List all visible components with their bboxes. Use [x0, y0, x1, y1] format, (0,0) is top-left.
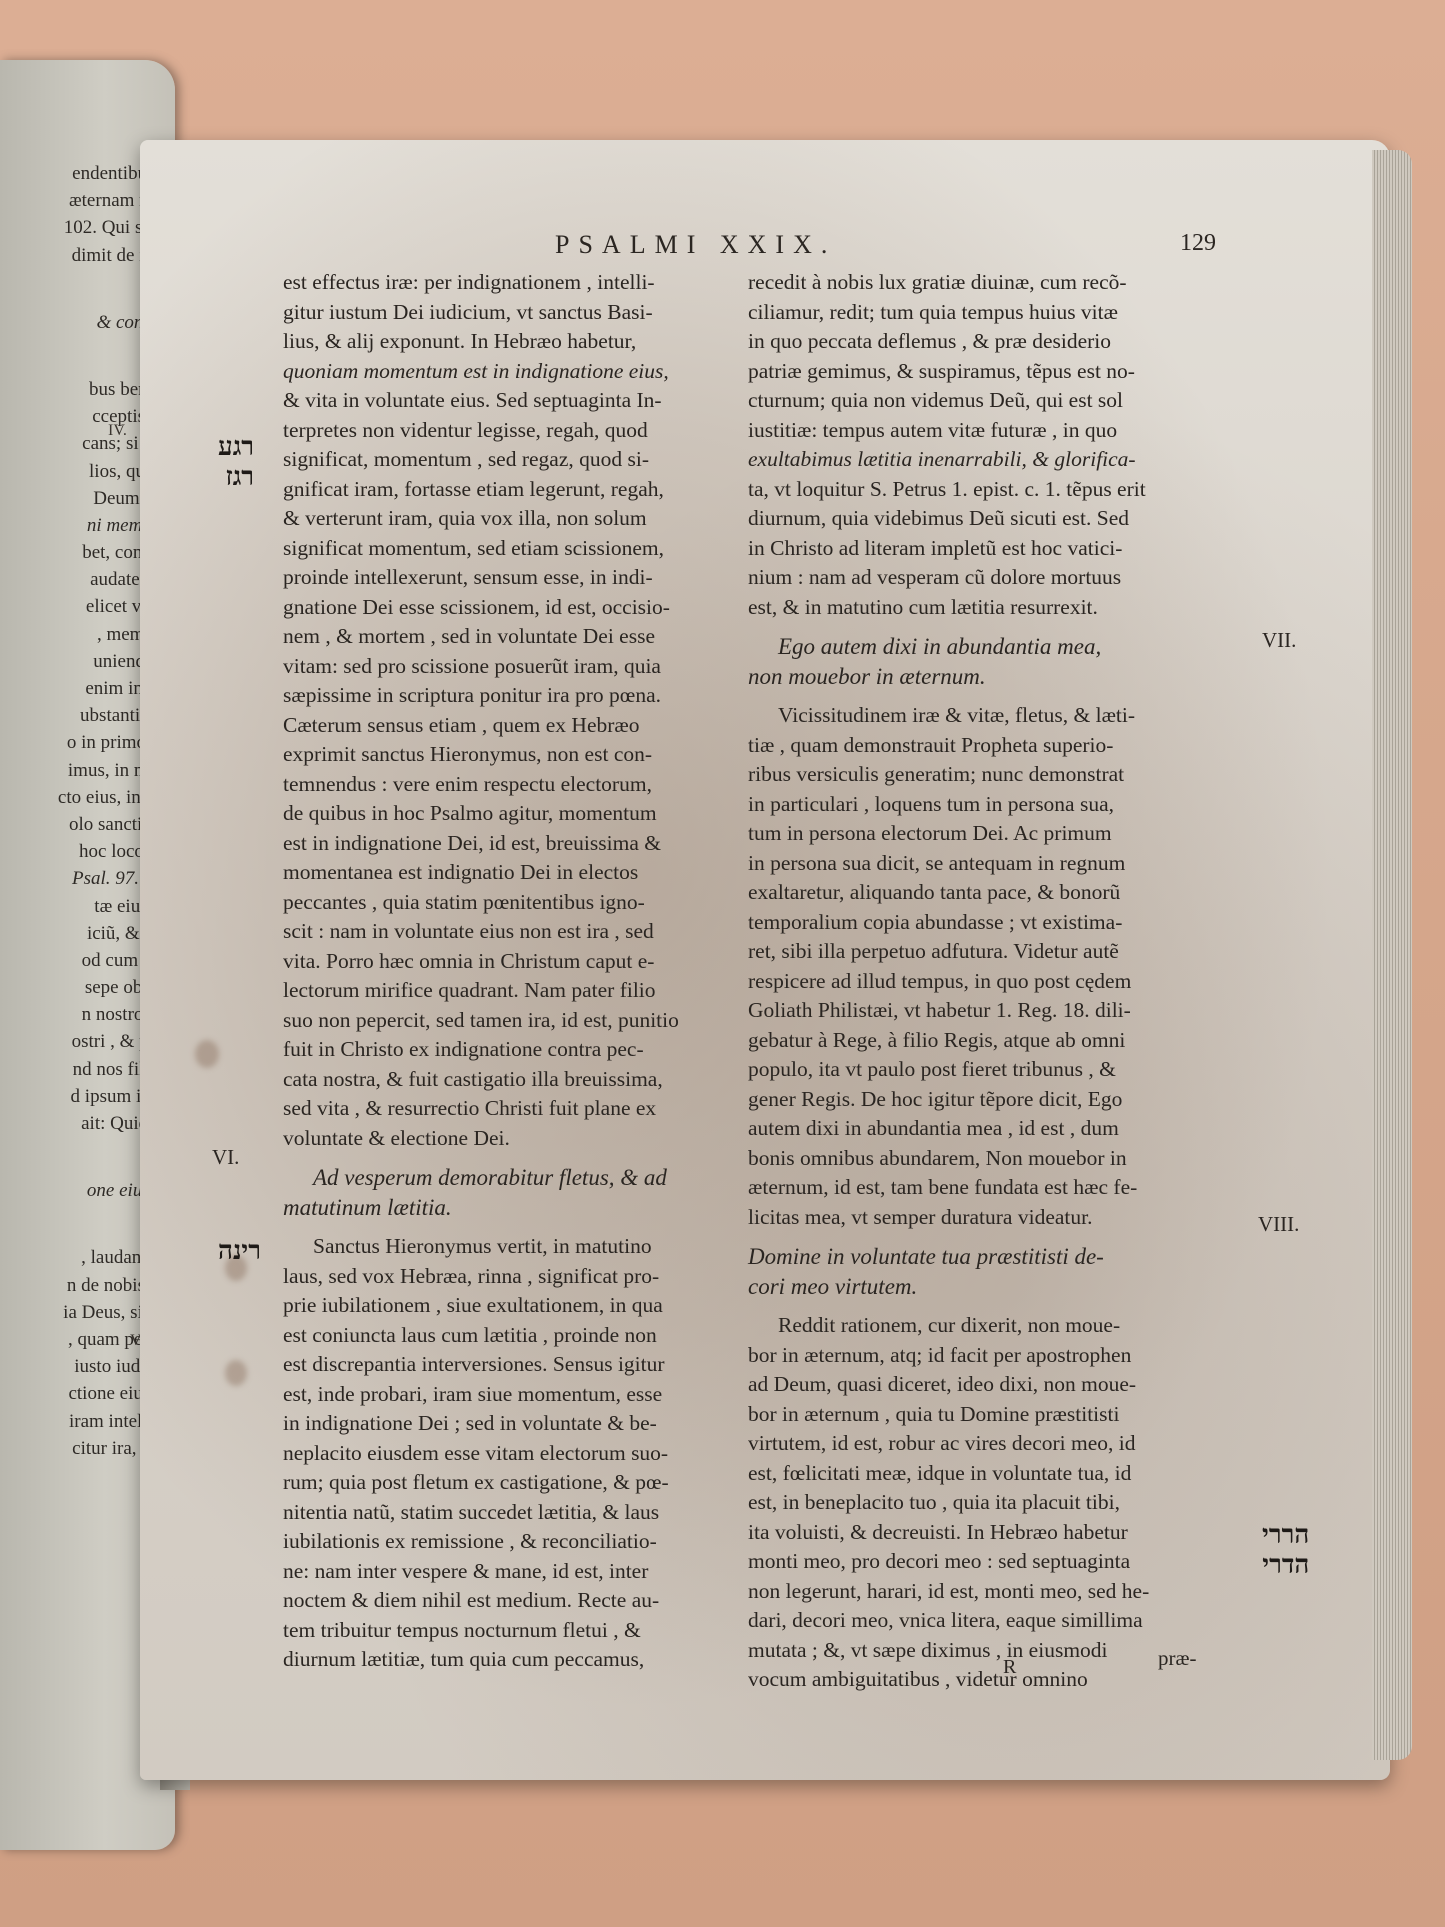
text-line: prie iubilationem , siue exultationem, i…	[283, 1291, 738, 1321]
text-line: est coniuncta laus cum lætitia , proinde…	[283, 1321, 738, 1351]
text-line: ret, sibi illa perpetuo adfutura. Videtu…	[748, 937, 1203, 967]
text-line: vitam: sed pro scissione posuerũt iram, …	[283, 652, 738, 682]
text-line: gnificat iram, fortasse etiam legerunt, …	[283, 475, 738, 505]
text-line: quoniam momentum est in indignatione eiu…	[283, 357, 738, 387]
verse-number-7: VII.	[1262, 628, 1296, 653]
text-line: mutata ; &, vt sæpe diximus , in eiusmod…	[748, 1636, 1203, 1666]
text-line: ciliamur, redit; tum quia tempus huius v…	[748, 298, 1203, 328]
text-line: Reddit rationem, cur dixerit, non moue-	[748, 1311, 1203, 1341]
hebrew-note-regah: רגע רגז	[218, 432, 254, 492]
text-line: gitur iustum Dei iudicium, vt sanctus Ba…	[283, 298, 738, 328]
text-line: recedit à nobis lux gratiæ diuinæ, cum r…	[748, 268, 1203, 298]
text-line: cata nostra, & fuit castigatio illa breu…	[283, 1065, 738, 1095]
text-line: ita voluisti, & decreuisti. In Hebræo ha…	[748, 1518, 1203, 1548]
text-line: & verterunt iram, quia vox illa, non sol…	[283, 504, 738, 534]
text-line: vita. Porro hæc omnia in Christum caput …	[283, 947, 738, 977]
verse-text: Ad vesperum demorabitur fletus, & ad	[283, 1163, 738, 1193]
text-line: est effectus iræ: per indignationem , in…	[283, 268, 738, 298]
right-text-column: recedit à nobis lux gratiæ diuinæ, cum r…	[748, 268, 1203, 1695]
text-line: proinde intellexerunt, sensum esse, in i…	[283, 563, 738, 593]
text-line: ad Deum, quasi diceret, ideo dixi, non m…	[748, 1370, 1203, 1400]
verse-text: non mouebor in æternum.	[748, 662, 1203, 692]
text-line: virtutem, id est, robur ac vires decori …	[748, 1429, 1203, 1459]
text-line: Vicissitudinem iræ & vitæ, fletus, & læt…	[748, 701, 1203, 731]
text-line: est, in beneplacito tuo , quia ita placu…	[748, 1488, 1203, 1518]
stain	[195, 1040, 219, 1068]
text-line: Sanctus Hieronymus vertit, in matutino	[283, 1232, 738, 1262]
text-line: tiæ , quam demonstrauit Propheta superio…	[748, 731, 1203, 761]
text-line: non legerunt, harari, id est, monti meo,…	[748, 1577, 1203, 1607]
text-line: gebatur à Rege, à filio Regis, atque ab …	[748, 1026, 1203, 1056]
text-line: nem , & mortem , sed in voluntate Dei es…	[283, 622, 738, 652]
text-line: & vita in voluntate eius. Sed septuagint…	[283, 386, 738, 416]
text-line: ne: nam inter vespere & mane, id est, in…	[283, 1557, 738, 1587]
text-line: exprimit sanctus Hieronymus, non est con…	[283, 740, 738, 770]
text-line: de quibus in hoc Psalmo agitur, momentum	[283, 799, 738, 829]
verse-text: cori meo virtutem.	[748, 1272, 1203, 1302]
text-line: cturnum; quia non videmus Deũ, qui est s…	[748, 386, 1203, 416]
text-line: monti meo, pro decori meo : sed septuagi…	[748, 1547, 1203, 1577]
left-text-column: est effectus iræ: per indignationem , in…	[283, 268, 738, 1675]
text-line: tem tribuitur tempus nocturnum fletui , …	[283, 1616, 738, 1646]
text-line: Goliath Philistæi, vt habetur 1. Reg. 18…	[748, 996, 1203, 1026]
text-line: diurnum lætitiæ, tum quia cum peccamus,	[283, 1645, 738, 1675]
text-line: æternum, id est, tam bene fundata est hæ…	[748, 1173, 1203, 1203]
text-line: iubilationis ex remissione , & reconcili…	[283, 1527, 738, 1557]
text-line: lius, & alij exponunt. In Hebræo habetur…	[283, 327, 738, 357]
text-line: est in indignatione Dei, id est, breuiss…	[283, 829, 738, 859]
hebrew-note-harari: הררי הדרי	[1262, 1520, 1309, 1580]
text-line: rum; quia post fletum ex castigatione, &…	[283, 1468, 738, 1498]
text-line: in Christo ad literam impletũ est hoc va…	[748, 534, 1203, 564]
page-number: 129	[1180, 230, 1216, 257]
text-line: in quo peccata deflemus , & præ desideri…	[748, 327, 1203, 357]
text-line: significat momentum, sed etiam scissione…	[283, 534, 738, 564]
text-line: peccantes , quia statim pœnitentibus ign…	[283, 888, 738, 918]
text-line: suo non pepercit, sed tamen ira, id est,…	[283, 1006, 738, 1036]
facing-verse-number: IV.	[108, 422, 127, 440]
text-line: bor in æternum , quia tu Domine præstiti…	[748, 1400, 1203, 1430]
verse-text: matutinum lætitia.	[283, 1193, 738, 1223]
text-line: significat, momentum , sed regaz, quod s…	[283, 445, 738, 475]
signature-mark: R	[1003, 1656, 1016, 1679]
text-line: diurnum, quia videbimus Deũ sicuti est. …	[748, 504, 1203, 534]
text-line: exultabimus lætitia inenarrabili, & glor…	[748, 445, 1203, 475]
text-line: voluntate & electione Dei.	[283, 1124, 738, 1154]
text-line: neplacito eiusdem esse vitam electorum s…	[283, 1439, 738, 1469]
text-line: ta, vt loquitur S. Petrus 1. epist. c. 1…	[748, 475, 1203, 505]
text-line: sed vita , & resurrectio Christi fuit pl…	[283, 1094, 738, 1124]
text-line: populo, ita vt paulo post fieret tribunu…	[748, 1055, 1203, 1085]
text-line: in particulari , loquens tum in persona …	[748, 790, 1203, 820]
text-line: gnatione Dei esse scissionem, id est, oc…	[283, 593, 738, 623]
text-line: momentanea est indignatio Dei in electos	[283, 858, 738, 888]
text-line: nium : nam ad vesperam cũ dolore mortuus	[748, 563, 1203, 593]
verse-number-6: VI.	[212, 1145, 239, 1170]
text-line: nitentia natũ, statim succedet lætitia, …	[283, 1498, 738, 1528]
text-line: terpretes non videntur legisse, regah, q…	[283, 416, 738, 446]
text-line: noctem & diem nihil est medium. Recte au…	[283, 1586, 738, 1616]
text-line: temporalium copia abundasse ; vt existim…	[748, 908, 1203, 938]
text-line: lectorum mirifice quadrant. Nam pater fi…	[283, 976, 738, 1006]
text-line: fuit in Christo ex indignatione contra p…	[283, 1035, 738, 1065]
text-line: in indignatione Dei ; sed in voluntate &…	[283, 1409, 738, 1439]
text-line: bor in æternum, atq; id facit per apostr…	[748, 1341, 1203, 1371]
text-line: est, fœlicitati meæ, idque in voluntate …	[748, 1459, 1203, 1489]
text-line: laus, sed vox Hebræa, rinna , significat…	[283, 1262, 738, 1292]
page-edges	[1372, 150, 1412, 1760]
text-line: temnendus : vere enim respectu electorum…	[283, 770, 738, 800]
text-line: exaltaretur, aliquando tanta pace, & bon…	[748, 878, 1203, 908]
verse-text: Ego autem dixi in abundantia mea,	[748, 632, 1203, 662]
text-line: dari, decori meo, vnica litera, eaque si…	[748, 1606, 1203, 1636]
stain	[225, 1360, 247, 1386]
text-line: sæpissime in scriptura ponitur ira pro p…	[283, 681, 738, 711]
text-line: est, & in matutino cum lætitia resurrexi…	[748, 593, 1203, 623]
text-line: iustitiæ: tempus autem vitæ futuræ , in …	[748, 416, 1203, 446]
hebrew-note-rinna: רינה	[218, 1236, 261, 1266]
text-line: in persona sua dicit, se antequam in reg…	[748, 849, 1203, 879]
verse-number-8: VIII.	[1258, 1212, 1299, 1237]
text-line: est, inde probari, iram siue momentum, e…	[283, 1380, 738, 1410]
text-line: autem dixi in abundantia mea , id est , …	[748, 1114, 1203, 1144]
text-line: scit : nam in voluntate eius non est ira…	[283, 917, 738, 947]
text-line: licitas mea, vt semper duratura videatur…	[748, 1203, 1203, 1233]
text-line: patriæ gemimus, & suspiramus, tẽpus est …	[748, 357, 1203, 387]
text-line: est discrepantia interversiones. Sensus …	[283, 1350, 738, 1380]
text-line: Cæterum sensus etiam , quem ex Hebræo	[283, 711, 738, 741]
text-line: bonis omnibus abundarem, Non mouebor in	[748, 1144, 1203, 1174]
text-line: gener Regis. De hoc igitur tẽpore dicit,…	[748, 1085, 1203, 1115]
catchword: præ-	[1158, 1646, 1197, 1671]
text-line: vocum ambiguitatibus , videtur omnino	[748, 1665, 1203, 1695]
running-title: PSALMI XXIX.	[555, 230, 1205, 260]
text-line: tum in persona electorum Dei. Ac primum	[748, 819, 1203, 849]
verse-text: Domine in voluntate tua præstitisti de-	[748, 1242, 1203, 1272]
text-line: respicere ad illud tempus, in quo post c…	[748, 967, 1203, 997]
text-line: ribus versiculis generatim; nunc demonst…	[748, 760, 1203, 790]
